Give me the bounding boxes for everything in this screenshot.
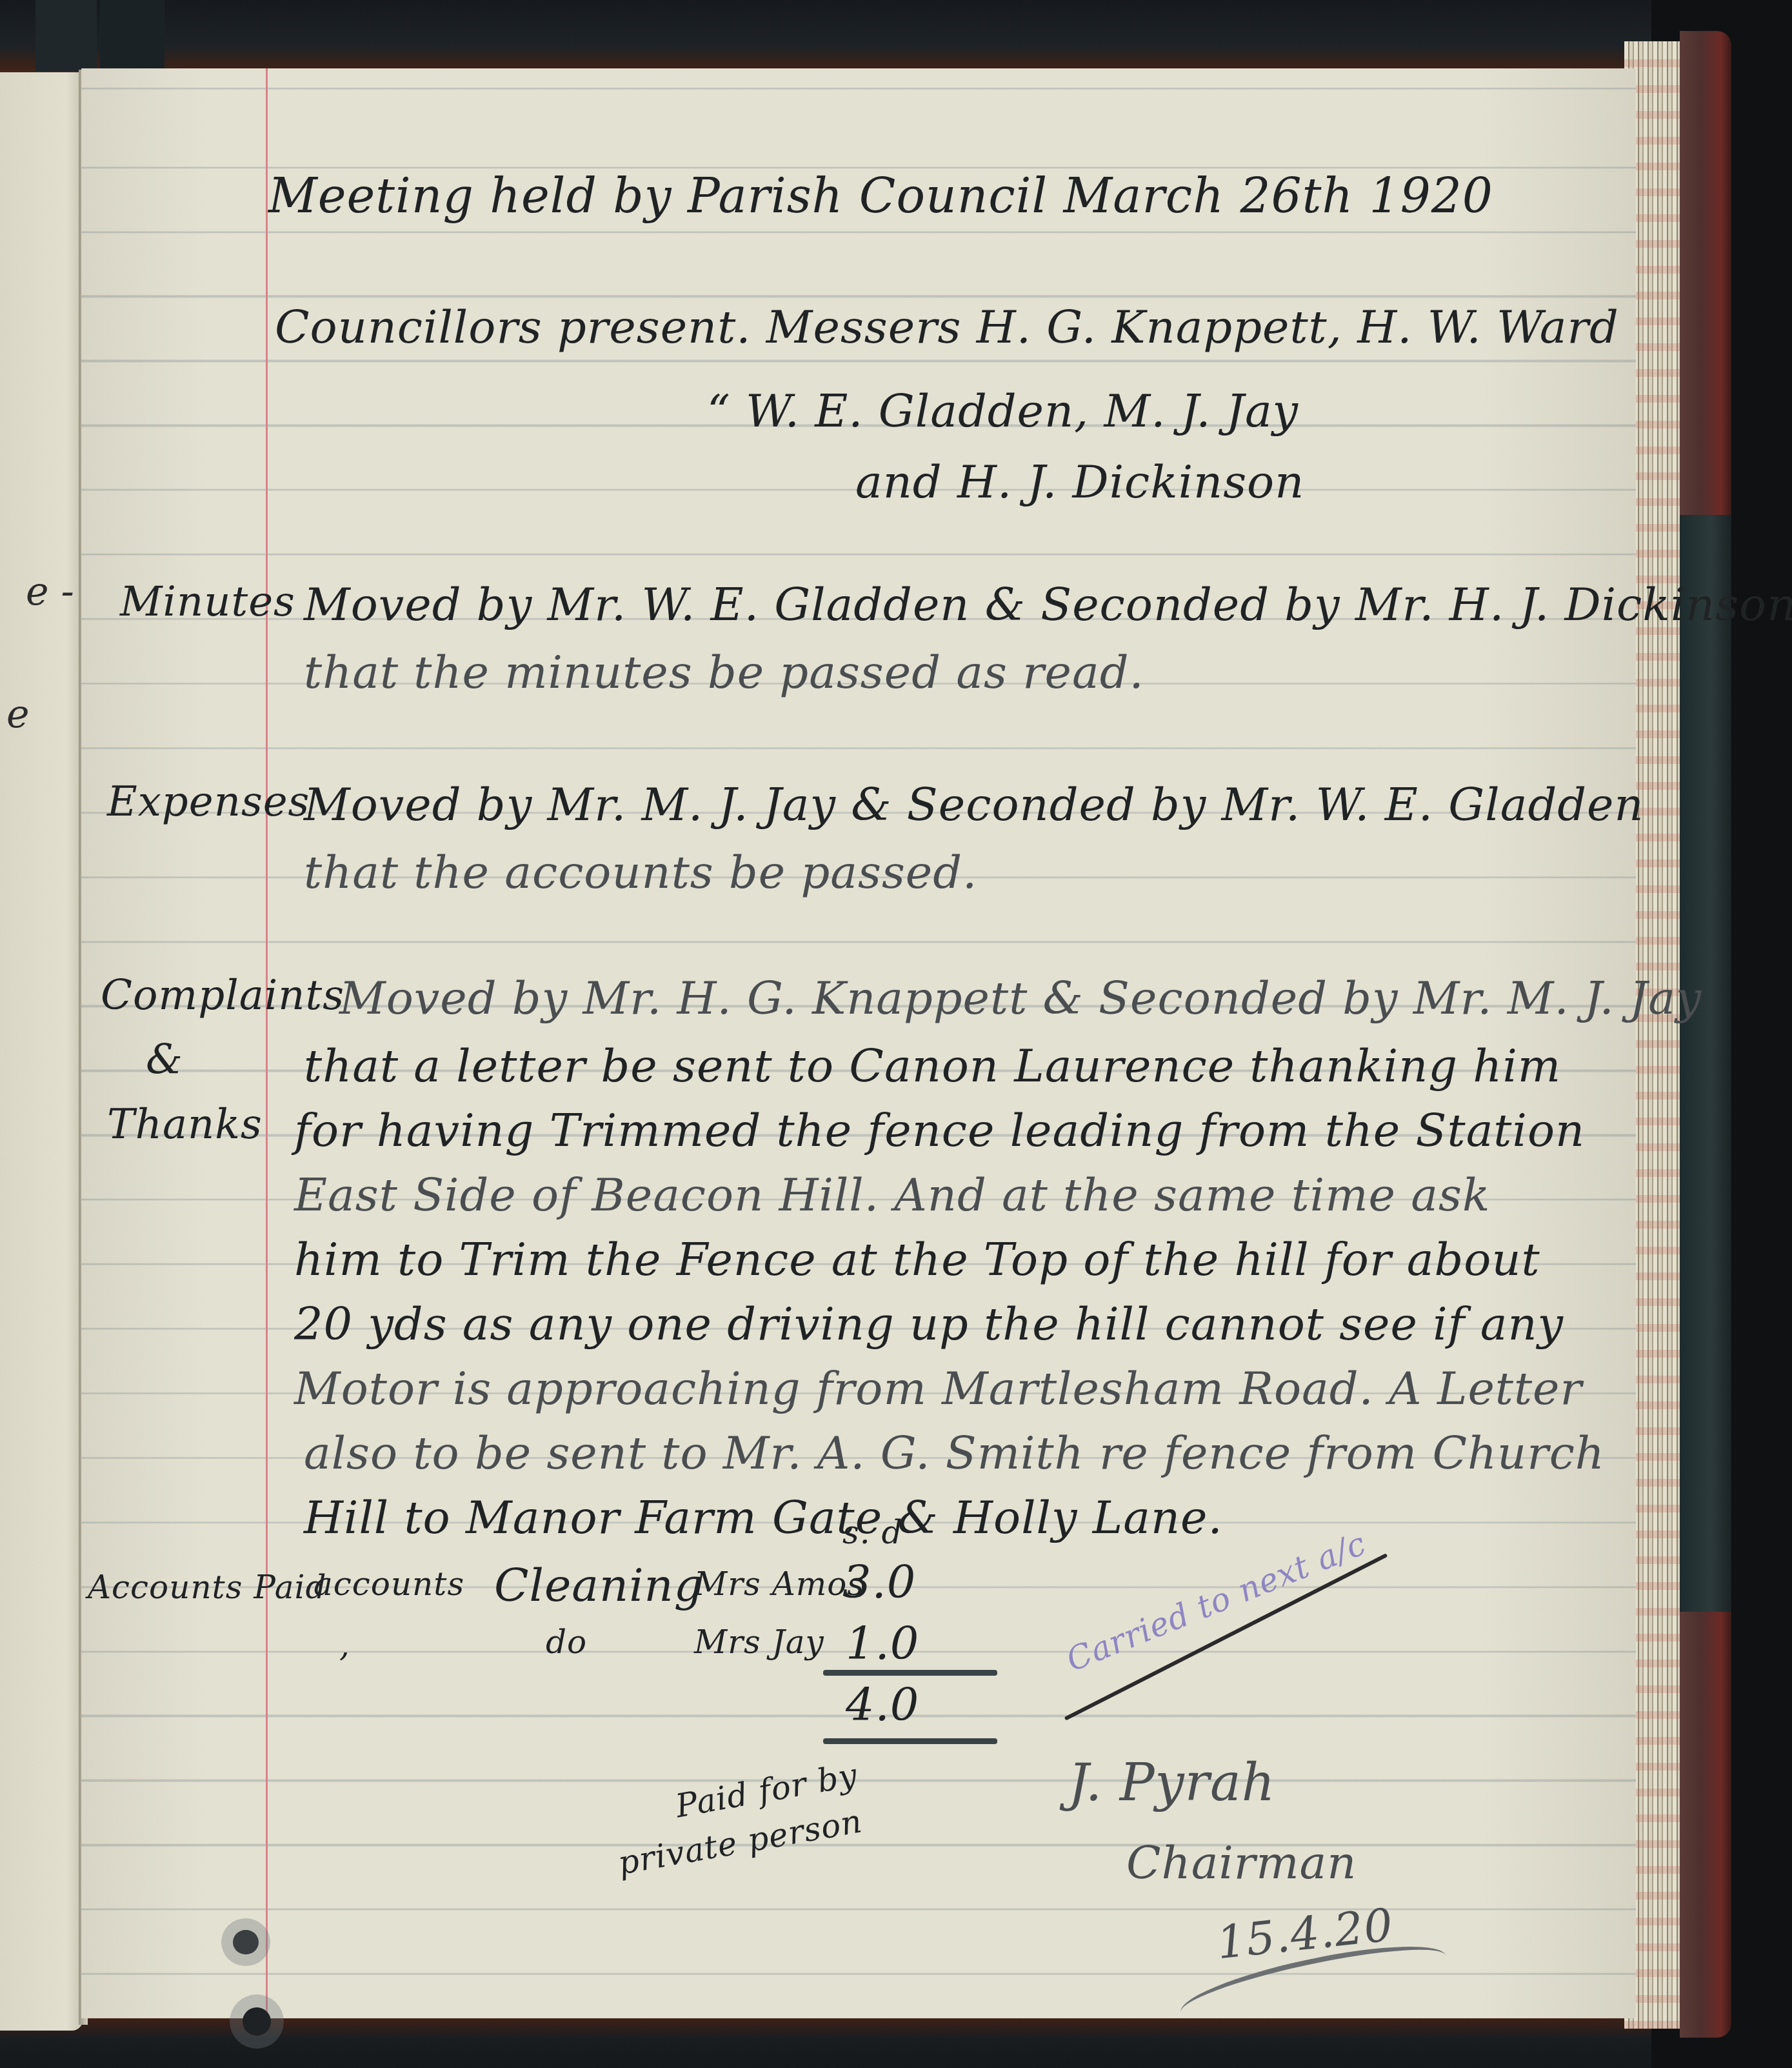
complaints-line: that a letter be sent to Canon Laurence … <box>304 1039 1561 1092</box>
complaints-line: also to be sent to Mr. A. G. Smith re fe… <box>304 1427 1605 1480</box>
complaints-line: Motor is approaching from Martlesham Roa… <box>294 1362 1582 1415</box>
expenses-line: that the accounts be passed. <box>304 846 977 899</box>
margin-label-accounts-paid: Accounts Paid <box>88 1569 326 1606</box>
meeting-heading: Meeting held by Parish Council March 26t… <box>268 168 1493 224</box>
margin-label-ampersand: & <box>146 1036 183 1084</box>
cover-tape <box>1680 515 1731 1612</box>
councillors-line-2: “ W. E. Gladden, M. J. Jay <box>707 385 1299 437</box>
margin-label-expenses: Expenses <box>107 778 310 826</box>
signature-name: J. Pyrah <box>1068 1752 1275 1812</box>
margin-label-thanks: Thanks <box>107 1101 263 1149</box>
complaints-line: Moved by Mr. H. G. Knappett & Seconded b… <box>339 972 1702 1025</box>
book-binding-top <box>0 0 1651 76</box>
binding-band <box>35 0 97 71</box>
accounts-item: Cleaning <box>494 1559 703 1612</box>
signature-title: Chairman <box>1126 1836 1357 1889</box>
complaints-line: for having Trimmed the fence leading fro… <box>294 1104 1585 1157</box>
minute-book-page: Meeting held by Parish Council March 26t… <box>81 68 1636 2018</box>
accounts-amount: 3.0 <box>842 1556 916 1609</box>
currency-header: s. d <box>842 1514 902 1551</box>
subtotal-rule <box>823 1670 997 1676</box>
left-page-fragment: e <box>6 692 30 737</box>
left-page-fragment: e - <box>26 569 74 614</box>
margin-label-complaints: Complaints <box>101 972 344 1019</box>
margin-rule <box>266 68 268 2018</box>
margin-label-minutes: Minutes <box>120 578 295 626</box>
complaints-line: East Side of Beacon Hill. And at the sam… <box>294 1169 1490 1221</box>
accounts-prefix: accounts <box>314 1565 464 1603</box>
accounts-amount: 1.0 <box>846 1617 919 1670</box>
complaints-line: 20 yds as any one driving up the hill ca… <box>294 1298 1564 1350</box>
accounts-item: do <box>546 1623 587 1661</box>
accounts-total: 4.0 <box>846 1678 919 1731</box>
complaints-line: Hill to Manor Farm Gate & Holly Lane. <box>304 1491 1223 1544</box>
book-cover-edge <box>1680 31 1731 2038</box>
accounts-payee: Mrs Amos <box>694 1565 864 1603</box>
left-facing-page: e - e <box>0 72 83 2031</box>
binding-band <box>100 0 164 71</box>
minutes-line: Moved by Mr. W. E. Gladden & Seconded by… <box>304 578 1792 631</box>
complaints-line: him to Trim the Fence at the Top of the … <box>294 1233 1540 1286</box>
councillors-line-3: and H. J. Dickinson <box>855 456 1304 508</box>
accounts-prefix: , <box>339 1627 350 1664</box>
minutes-line: that the minutes be passed as read. <box>304 646 1144 699</box>
ink-blot <box>243 2007 271 2036</box>
accounts-payee: Mrs Jay <box>694 1623 824 1661</box>
expenses-line: Moved by Mr. M. J. Jay & Seconded by Mr.… <box>304 778 1644 831</box>
ink-blot <box>233 1930 259 1954</box>
councillors-line-1: Councillors present. Messers H. G. Knapp… <box>275 301 1619 354</box>
total-rule <box>823 1738 997 1744</box>
